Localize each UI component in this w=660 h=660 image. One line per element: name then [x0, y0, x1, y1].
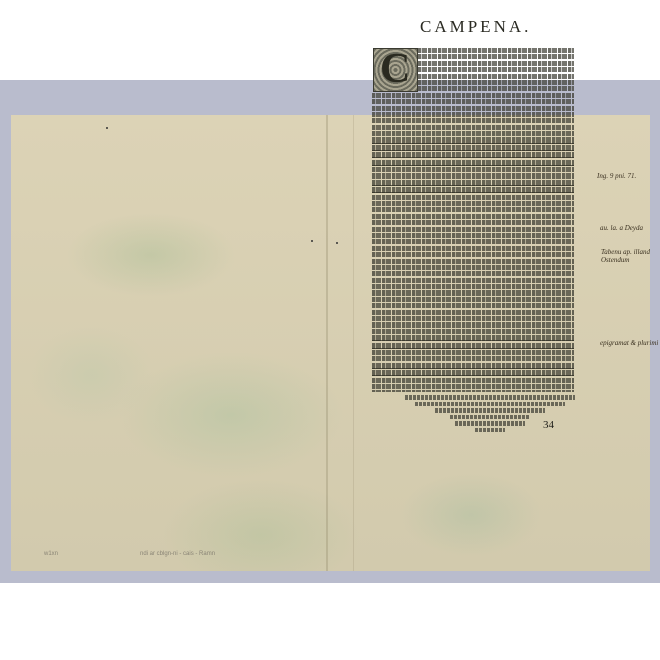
- text-line: [372, 118, 574, 123]
- center-fold: [326, 115, 328, 571]
- text-line: [372, 220, 574, 225]
- foxing-spot: [336, 242, 338, 244]
- text-line: [372, 180, 574, 186]
- text-line: [372, 378, 574, 383]
- text-line: [372, 363, 574, 369]
- text-line: [418, 86, 574, 91]
- margin-note: Tabenu ap. illand Ostendum: [601, 248, 656, 264]
- text-line: [372, 284, 574, 289]
- text-line: [372, 297, 574, 302]
- text-line: [372, 370, 574, 376]
- fold-crease: [353, 115, 354, 571]
- text-line: [372, 112, 574, 117]
- text-line: [372, 390, 574, 392]
- margin-note: Ing. 9 pni. 71.: [597, 172, 636, 180]
- text-line: [372, 246, 574, 251]
- text-line: [372, 131, 574, 136]
- latin-text-column: [372, 48, 574, 392]
- text-line: [372, 160, 574, 166]
- margin-note: epigramat & plurimi foli: [600, 339, 660, 347]
- text-line: [418, 61, 574, 66]
- foxing-spot: [311, 240, 313, 242]
- text-line: [372, 310, 574, 315]
- text-line: [372, 335, 574, 341]
- text-line: [372, 356, 574, 361]
- text-line: [418, 67, 574, 72]
- text-line: [372, 145, 574, 151]
- text-line: [372, 227, 574, 232]
- text-line: [372, 233, 574, 238]
- text-line: [372, 195, 574, 200]
- text-line: [372, 278, 574, 283]
- text-line: [372, 259, 574, 264]
- text-line: [418, 48, 574, 53]
- text-line: [372, 239, 574, 244]
- text-line: [372, 187, 574, 193]
- foxing-spot: [106, 127, 108, 129]
- text-line: [372, 201, 574, 206]
- pencil-note: w1xn: [44, 551, 58, 557]
- text-line: [418, 54, 574, 59]
- text-line: [372, 290, 574, 295]
- margin-note: au. la. a Deyda: [600, 224, 643, 232]
- text-line: [372, 343, 574, 349]
- text-line: [372, 384, 574, 389]
- text-line: [372, 106, 574, 111]
- text-line: [372, 214, 574, 219]
- text-line: [372, 265, 574, 270]
- text-line: [372, 137, 574, 143]
- text-line: [372, 329, 574, 334]
- text-line: [372, 271, 574, 276]
- text-line: [418, 80, 574, 85]
- page-title: CAMPENA.: [420, 17, 531, 37]
- text-line: [372, 252, 574, 257]
- text-line: [372, 125, 574, 130]
- text-line: [372, 173, 574, 178]
- text-line: [372, 316, 574, 321]
- text-line: [372, 93, 574, 98]
- text-line: [372, 99, 574, 104]
- pencil-note: ndi ar cblgn-ni - cais - Ramn: [140, 551, 215, 557]
- text-line: [372, 322, 574, 327]
- text-line: [372, 350, 574, 355]
- page-number: 34: [543, 419, 554, 431]
- text-line: [372, 152, 574, 158]
- decorated-initial: C: [373, 48, 418, 92]
- text-line: [372, 167, 574, 172]
- initial-letter: C: [380, 45, 410, 93]
- text-line: [418, 74, 574, 79]
- text-line: [372, 207, 574, 212]
- text-line: [372, 303, 574, 308]
